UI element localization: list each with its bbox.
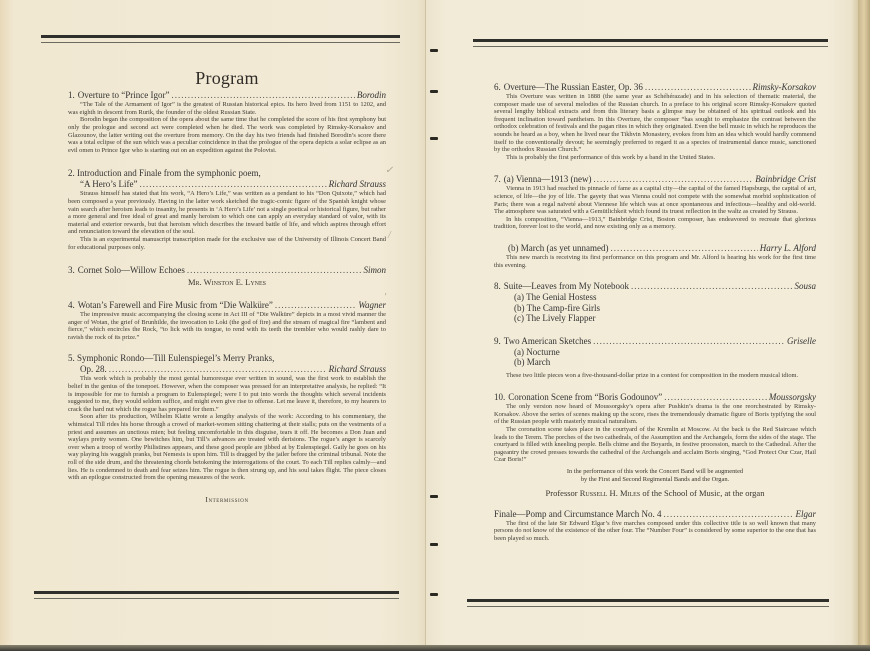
binding-stitch: [430, 90, 438, 93]
leader-dots: [109, 364, 327, 375]
intermission-label: Intermission: [68, 496, 386, 504]
program-item-4: 4. Wotan’s Farewell and Fire Music from …: [68, 300, 386, 341]
program-item-10: 10. Coronation Scene from “Boris Godouno…: [494, 392, 816, 498]
item-title-line1: Introduction and Finale from the symphon…: [77, 168, 261, 178]
item-number: 3.: [68, 265, 75, 276]
pencil-check-mark: ✓: [385, 165, 393, 176]
program-item-finale: Finale—Pomp and Circumstance March No. 4…: [494, 509, 816, 543]
program-note: Soon after its production, Wilhelm Klatt…: [68, 413, 386, 481]
composer: Moussorgsky: [769, 392, 816, 403]
leader-dots: [139, 179, 326, 190]
composer: Elgar: [795, 509, 816, 520]
item-title: “A Hero’s Life”: [80, 179, 137, 190]
gutter: [425, 0, 426, 645]
program-note: “The Tale of the Armament of Igor” is th…: [68, 101, 386, 116]
item-number: 9.: [494, 336, 501, 347]
movement: (b) The Camp-fire Girls: [494, 303, 816, 314]
program-note: This Overture was written in 1888 (the s…: [494, 93, 816, 154]
composer: Griselle: [787, 336, 816, 347]
program-item-5: 5. Symphonic Rondo—Till Eulenspiegel’s M…: [68, 353, 386, 481]
composer: Richard Strauss: [329, 364, 386, 375]
leader-dots: [645, 82, 751, 93]
binding-stitch: [430, 495, 438, 498]
composer: Rimsky-Korsakov: [753, 82, 816, 93]
program-note: This is probably the first performance o…: [494, 154, 816, 162]
book-cover-edge: [858, 0, 870, 651]
item-title: Cornet Solo—Willow Echoes: [78, 265, 185, 276]
item-title: Coronation Scene from “Boris Godounov”: [508, 392, 662, 403]
item-title: Overture to “Prince Igor”: [78, 90, 170, 101]
program-note: This new march is receiving its first pe…: [494, 254, 816, 269]
item-number: 7.: [494, 174, 501, 185]
left-page-content: Program 1. Overture to “Prince Igor” Bor…: [68, 74, 386, 504]
leader-dots: [664, 392, 767, 403]
right-page-content: 6. Overture—The Russian Easter, Op. 36 R…: [494, 82, 816, 551]
program-note: This is an experimental manuscript trans…: [68, 236, 386, 251]
composer: Richard Strauss: [329, 179, 386, 190]
binding-stitch: [430, 593, 438, 596]
item-number: 4.: [68, 300, 75, 311]
movement: (c) The Lively Flapper: [494, 313, 816, 324]
binding-stitch: [430, 137, 438, 140]
leader-dots: [593, 336, 785, 347]
top-rule-right: [473, 39, 828, 47]
leader-dots: [663, 509, 793, 520]
movement: (b) March: [494, 357, 816, 368]
program-note: The first of the late Sir Edward Elgar’s…: [494, 520, 816, 543]
bottom-rule-left: [34, 591, 399, 599]
performer: Mr. Winston E. Lynes: [68, 277, 386, 288]
composer: Harry L. Alford: [760, 243, 816, 254]
item-title: Overture—The Russian Easter, Op. 36: [504, 82, 643, 93]
leader-dots: [187, 265, 362, 276]
program-item-9: 9. Two American Sketches Griselle (a) No…: [494, 336, 816, 380]
program-item-7a: 7. (a) Vienna—1913 (new) Bainbridge Cris…: [494, 174, 816, 231]
item-title: (a) Vienna—1913 (new): [504, 174, 592, 185]
leader-dots: [610, 243, 757, 254]
page-title: Program: [68, 74, 386, 82]
program-note: The impressive music accompanying the cl…: [68, 311, 386, 341]
top-rule-left: [41, 35, 400, 43]
item-title: Suite—Leaves from My Notebook: [504, 281, 629, 292]
item-title: Op. 28.: [80, 364, 107, 375]
program-item-1: 1. Overture to “Prince Igor” Borodin “Th…: [68, 90, 386, 154]
organist-credit: Professor Russell H. Miles of the School…: [494, 488, 816, 499]
program-spread: ✓ / ' Program 1. Overture to “Prince Igo…: [0, 0, 870, 651]
organist-name: Russell H. Miles: [580, 488, 640, 498]
program-note: In his composition, “Vienna—1913,” Bainb…: [494, 216, 816, 231]
composer: Simon: [364, 265, 387, 276]
program-item-3: 3. Cornet Solo—Willow Echoes Simon Mr. W…: [68, 265, 386, 288]
leader-dots: [631, 281, 793, 292]
program-note: Borodin began the composition of the ope…: [68, 116, 386, 154]
item-number: 1.: [68, 90, 75, 101]
program-note: This work which is probably the most gen…: [68, 375, 386, 413]
item-number: 5.: [68, 353, 75, 363]
program-note: Vienna in 1913 had reached its pinnacle …: [494, 185, 816, 215]
movement: (a) Nocturne: [494, 347, 816, 358]
program-note: Strauss himself has stated that his work…: [68, 190, 386, 236]
program-note: The coronation scene takes place in the …: [494, 426, 816, 464]
item-number: 10.: [494, 392, 505, 403]
program-note: These two little pieces won a five-thous…: [494, 372, 816, 380]
program-item-6: 6. Overture—The Russian Easter, Op. 36 R…: [494, 82, 816, 161]
composer: Wagner: [358, 300, 386, 311]
program-item-7b: (b) March (as yet unnamed) Harry L. Alfo…: [494, 243, 816, 269]
augment-note: In the performance of this work the Conc…: [494, 468, 816, 484]
item-title: Finale—Pomp and Circumstance March No. 4: [494, 509, 661, 520]
book-bottom-edge: [0, 645, 870, 651]
composer: Borodin: [357, 90, 386, 101]
leader-dots: [171, 90, 354, 101]
movement: (a) The Genial Hostess: [494, 292, 816, 303]
binding-stitch: [430, 49, 438, 52]
item-number: 6.: [494, 82, 501, 93]
item-number: 8.: [494, 281, 501, 292]
program-note: The only version now heard of Moussorgsk…: [494, 403, 816, 426]
item-title: (b) March (as yet unnamed): [508, 243, 608, 254]
composer: Sousa: [794, 281, 816, 292]
binding-stitch: [430, 543, 438, 546]
leader-dots: [275, 300, 357, 311]
pencil-mark: /: [388, 230, 391, 241]
leader-dots: [594, 174, 754, 185]
item-title: Wotan’s Farewell and Fire Music from “Di…: [78, 300, 273, 311]
bottom-rule-right: [467, 599, 829, 607]
item-title-line1: Symphonic Rondo—Till Eulenspiegel’s Merr…: [77, 353, 274, 363]
program-item-8: 8. Suite—Leaves from My Notebook Sousa (…: [494, 281, 816, 324]
program-item-2: 2. Introduction and Finale from the symp…: [68, 168, 386, 251]
item-title: Two American Sketches: [504, 336, 591, 347]
item-number: 2.: [68, 168, 75, 178]
composer: Bainbridge Crist: [755, 174, 816, 185]
